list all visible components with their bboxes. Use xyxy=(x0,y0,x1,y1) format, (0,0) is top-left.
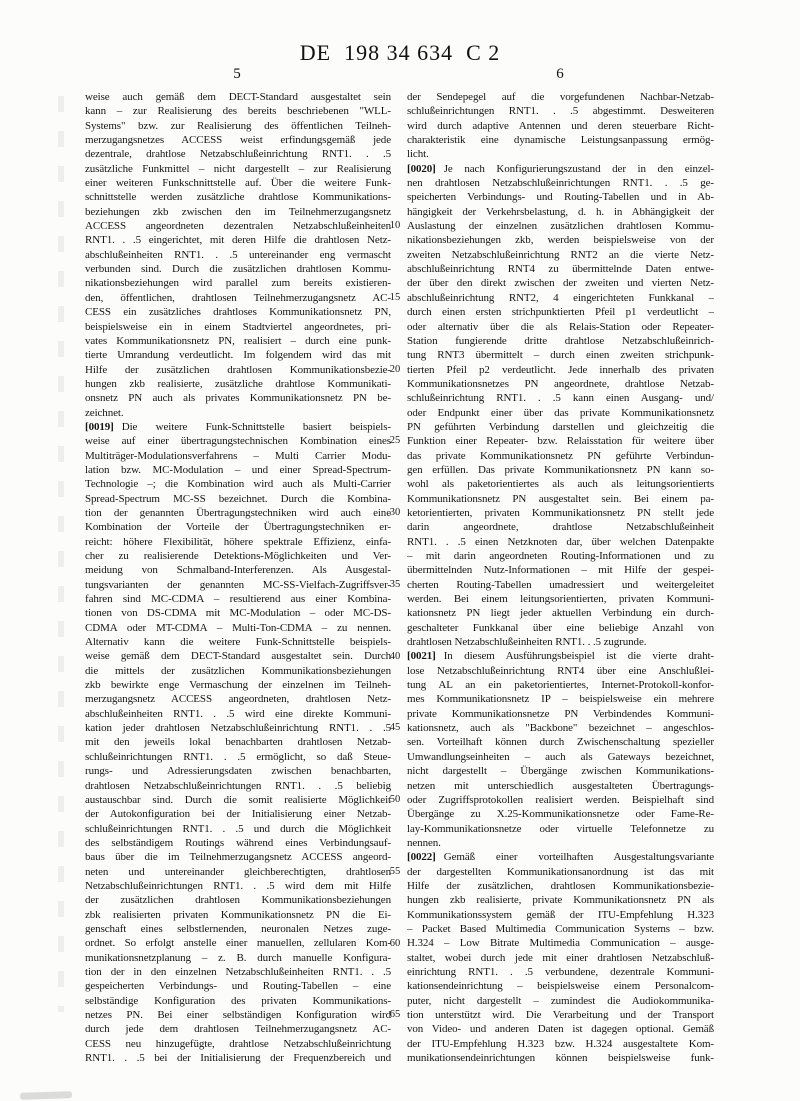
text-line: abschlußeinrichtung RNT4 zu übermittelnd… xyxy=(407,262,714,276)
text-line: Kommunikationsnetz PN ausgestaltet sein.… xyxy=(407,492,714,506)
text-line: RNT1. . .5 eingerichtet, mit deren Hilfe… xyxy=(85,233,391,247)
text-line: [0021]In diesem Ausführungsbeispiel ist … xyxy=(407,649,714,663)
text-line: nennen. xyxy=(407,836,714,850)
text-line: darin angeordnete, drahtlose Netzabschlu… xyxy=(407,520,714,534)
text-line: PN geführten Verbindung darstellen und g… xyxy=(407,420,714,434)
text-line: ketorientierten, privaten Kommunikations… xyxy=(407,506,714,520)
text-line: weise auch gemäß dem DECT-Standard ausge… xyxy=(85,90,391,104)
text-line: CESS neu hinzugefügte, drahtlose Netzabs… xyxy=(85,1037,391,1051)
text-line: CDMA oder MT-CDMA – Multi-Ton-CDMA – zu … xyxy=(85,621,391,635)
text-line: netzes PN. Bei einer selbständigen Konfi… xyxy=(85,1008,391,1022)
text-line: oder alternativ über die als Relais-Stat… xyxy=(407,320,714,334)
text-line: wird durch adaptive Antennen und deren s… xyxy=(407,119,714,133)
text-line: sen. Vorteilhaft können durch Zwischensc… xyxy=(407,735,714,749)
text-line: selbständige Konfiguration des privaten … xyxy=(85,994,391,1008)
text-line: tion unterstützt wird. Die Verarbeitung … xyxy=(407,1008,714,1022)
text-line: kann – zur Realisierung des bereits besc… xyxy=(85,104,391,118)
text-line: charakteristik eine dynamische Leistungs… xyxy=(407,133,714,147)
text-line: einrichtung RNT1. . .5 verbundene, dezen… xyxy=(407,965,714,979)
text-line: Übergänge zu X.25-Kommunikationsnetze od… xyxy=(407,807,714,821)
text-line: netzen mit unterschiedlich ausgestaltete… xyxy=(407,779,714,793)
text-line: ACCESS angeordneten dezentralen Netzabsc… xyxy=(85,219,391,233)
text-line: oder Endpunkt einer über das private Kom… xyxy=(407,406,714,420)
text-line: fahren sind MC-CDMA – resultierend aus e… xyxy=(85,592,391,606)
text-line: Technologie –; die Kombination wird auch… xyxy=(85,477,391,491)
paragraph-number: [0020] xyxy=(407,163,436,175)
text-line: kationsnetz, auch als "Backbone" bezeich… xyxy=(407,721,714,735)
text-line: abschlußeinrichtung RNT2, 4 eingerichtet… xyxy=(407,291,714,305)
line-number: 60 xyxy=(383,937,407,951)
text-line: von Video- und anderen Daten ist dagegen… xyxy=(407,1022,714,1036)
text-line: munikationsnetzplanung – z. B. durch man… xyxy=(85,951,391,965)
text-line: staltet, wobei durch jede mit einer drah… xyxy=(407,951,714,965)
text-line: der dargestellten Kommunikationsanordnun… xyxy=(407,865,714,879)
patent-number-heading: DE 198 34 634 C 2 xyxy=(0,40,800,66)
column-page-number-left: 5 xyxy=(217,66,257,83)
text-line: die mittels der zusätzlichen Kommunikati… xyxy=(85,664,391,678)
text-line: gen erfüllen. Das private Kommunikations… xyxy=(407,463,714,477)
text-line: durch einen ersten strichpunktierten Pfe… xyxy=(407,305,714,319)
text-line: lose Netzabschlußeinrichtung RNT4 über e… xyxy=(407,664,714,678)
text-line: neten und untereinander gleichberechtigt… xyxy=(85,865,391,879)
text-line: weise auf einer übertragungstechnischen … xyxy=(85,434,391,448)
text-line: übermittelnden Nutz-Informationen – mit … xyxy=(407,563,714,577)
text-line: schlußeinrichtungen RNT1. . .5 und durch… xyxy=(85,822,391,836)
scan-corner-smudge xyxy=(20,1091,72,1100)
text-line: nen drahtlosen Netzabschlußeinrichtungen… xyxy=(407,176,714,190)
text-line: Kommunikationssystem gemäß der ITU-Empfe… xyxy=(407,908,714,922)
text-line: H.324 – Low Bitrate Multimedia Communica… xyxy=(407,936,714,950)
text-line: austauschbar sind. Durch die somit reali… xyxy=(85,793,391,807)
text-line: RNT1. . .5 bei der Initialisierung der F… xyxy=(85,1051,391,1065)
text-line: nikationsbeziehungen wird parallel zum b… xyxy=(85,276,391,290)
text-line: beziehungen zkb zwischen den im Teilnehm… xyxy=(85,205,391,219)
line-number: 15 xyxy=(383,291,407,305)
text-line: gespeicherten Verbindungs- und Routing-T… xyxy=(85,979,391,993)
text-line: verbunden sind. Durch die zusätzlichen d… xyxy=(85,262,391,276)
text-line: oder Zugriffsprotokollen realisiert werd… xyxy=(407,793,714,807)
text-line: [0020]Je nach Konfigurierungszustand der… xyxy=(407,162,714,176)
text-line: der Sendepegel auf die vorgefundenen Nac… xyxy=(407,90,714,104)
text-line: nicht dargestellt – Übergänge zwischen K… xyxy=(407,764,714,778)
text-line: mes Kommunikationsnetz IP – beispielswei… xyxy=(407,692,714,706)
text-line: geschalteter Funkkanal über eine beliebi… xyxy=(407,621,714,635)
text-line: tung AL an ein paketorientiertes, Intern… xyxy=(407,678,714,692)
text-line: werden. Bei einem leitungsorientierten, … xyxy=(407,592,714,606)
column-page-number-right: 6 xyxy=(540,66,580,83)
text-line: zkb bewirkte enge Vermaschung der einzel… xyxy=(85,678,391,692)
text-line: tion der genannten Übertragungstechniken… xyxy=(85,506,391,520)
text-line: beispielsweise ein in einem Stadtviertel… xyxy=(85,320,391,334)
line-number: 40 xyxy=(383,650,407,664)
text-line: Umwandlungseinheiten – auch als Gateways… xyxy=(407,750,714,764)
text-line: der zusätzlichen drahtlosen Kommunikatio… xyxy=(85,893,391,907)
text-line: drahtlosen Netzabschlußeinrichtungen RNT… xyxy=(85,779,391,793)
text-line: weise gemäß dem DECT-Standard ausgestalt… xyxy=(85,649,391,663)
text-line: – Packet Based Multimedia Communication … xyxy=(407,922,714,936)
text-line: [0019]Die weitere Funk-Schnittstelle bas… xyxy=(85,420,391,434)
text-line: zbk realisierten privaten Kommunikations… xyxy=(85,908,391,922)
text-line: tionen von DS-CDMA mit MC-Modulation – o… xyxy=(85,606,391,620)
text-line: wohl als paketorientiertes als auch als … xyxy=(407,477,714,491)
text-line: kationsendeinrichtung – beispielsweise e… xyxy=(407,979,714,993)
line-number: 25 xyxy=(383,434,407,448)
text-line: drahtlosen Netzabschlußeinheiten RNT1. .… xyxy=(407,635,714,649)
text-line: merzugangsnetz ACCESS angeordneten, drah… xyxy=(85,692,391,706)
text-line: zweiten Netzabschlußeinrichtung RNT2 an … xyxy=(407,248,714,262)
text-line: cherten Routing-Tabellen umadressiert un… xyxy=(407,578,714,592)
text-line: Spread-Spectrum MC-SS bezeichnet. Durch … xyxy=(85,492,391,506)
text-line: Kombination der Vorteile der Übertragung… xyxy=(85,520,391,534)
text-line: – mit darin angeordneten Routing-Informa… xyxy=(407,549,714,563)
line-number: 35 xyxy=(383,578,407,592)
line-number: 65 xyxy=(383,1008,407,1022)
text-line: schlußeinrichtung RNT1. . .5 kann einen … xyxy=(407,391,714,405)
text-line: der Autokonfiguration bei der Initialisi… xyxy=(85,807,391,821)
text-line: puter, nicht dargestellt – zumindest die… xyxy=(407,994,714,1008)
text-line: CESS ein zusätzliches drahtloses Kommuni… xyxy=(85,305,391,319)
text-line: tierte Umrandung verdeutlicht. Im folgen… xyxy=(85,348,391,362)
text-line: dezentrale, drahtlose Netzabschlußeinric… xyxy=(85,147,391,161)
text-line: hängigkeit der Verkehrsbelastung, d. h. … xyxy=(407,205,714,219)
gutter-line-numbers: 101520253035404550556065 xyxy=(383,90,407,1070)
text-line: mit den jeweils lokal benachbarten draht… xyxy=(85,735,391,749)
line-number: 20 xyxy=(383,363,407,377)
text-line: rungs- und Adressierungsdaten zwischen b… xyxy=(85,764,391,778)
text-line: kation jeder drahtlosen Netzabschlußeinr… xyxy=(85,721,391,735)
text-line: licht. xyxy=(407,147,714,161)
text-line: des selbständigem Routings während eines… xyxy=(85,836,391,850)
text-line: zusätzliche Funkmittel – nicht dargestel… xyxy=(85,162,391,176)
text-line: Multiträger-Modulationsverfahrens – Mult… xyxy=(85,449,391,463)
text-line: durch jede dem drahtlosen Teilnehmerzuga… xyxy=(85,1022,391,1036)
text-line: hungen zkb realisierte, zusätzliche drah… xyxy=(85,377,391,391)
text-line: Hilfe der zusätzlichen drahtlosen Kommun… xyxy=(85,363,391,377)
text-line: hungen zkb realisierte, private Kommunik… xyxy=(407,893,714,907)
text-line: Funktion einer Repeater- bzw. Relaisstat… xyxy=(407,434,714,448)
text-line: schnittstelle werden zusätzliche drahtlo… xyxy=(85,190,391,204)
text-line: munikationsendeinrichtungen können beisp… xyxy=(407,1051,714,1065)
line-number: 30 xyxy=(383,506,407,520)
text-line: tierten Pfeil p2 verdeutlicht. Jede inne… xyxy=(407,363,714,377)
line-number: 45 xyxy=(383,721,407,735)
text-line: private Kommunikationsnetze PN Verbinden… xyxy=(407,707,714,721)
text-line: merzugangsnetzes ACCESS weist erfindungs… xyxy=(85,133,391,147)
text-line: lay-Kommunikationsnetze oder virtuelle T… xyxy=(407,822,714,836)
paragraph-number: [0019] xyxy=(85,421,114,433)
text-line: nikationsbeziehungen zkb, werden beispie… xyxy=(407,233,714,247)
text-line: speicherten Verbindungs- und Routing-Tab… xyxy=(407,190,714,204)
line-number: 50 xyxy=(383,793,407,807)
text-line: schlußeinrichtungen RNT1. . .5 abgestimm… xyxy=(407,104,714,118)
text-line: vates Kommunikationsnetz PN, realisiert … xyxy=(85,334,391,348)
text-line: zeichnet. xyxy=(85,406,391,420)
right-text-column: der Sendepegel auf die vorgefundenen Nac… xyxy=(407,90,714,1065)
line-number: 10 xyxy=(383,219,407,233)
text-line: der ITU-Empfehlung H.323 bzw. H.324 ausg… xyxy=(407,1037,714,1051)
text-line: reicht: höhere Flexibilität, höhere spek… xyxy=(85,535,391,549)
text-line: Station fungierende dritte drahtlose Net… xyxy=(407,334,714,348)
text-line: Alternativ kann die weitere Funk-Schnitt… xyxy=(85,635,391,649)
text-line: abschlußeinheiten RNT1. . .5 untereinand… xyxy=(85,248,391,262)
text-line: tungsvarianten der genannten MC-SS-Vielf… xyxy=(85,578,391,592)
paragraph-number: [0022] xyxy=(407,851,436,863)
line-number: 55 xyxy=(383,865,407,879)
text-line: der über den direkt zwischen der zweiten… xyxy=(407,276,714,290)
text-line: onsnetz PN auch als privates Kommunikati… xyxy=(85,391,391,405)
text-line: tung RNT3 übermittelt – durch einen zwei… xyxy=(407,348,714,362)
text-line: Kommunikationsnetzes PN angeordnete, dra… xyxy=(407,377,714,391)
text-line: Auslastung der einzelnen zusätzlichen dr… xyxy=(407,219,714,233)
text-line: den, öffentlichen, drahtlosen Teilnehmer… xyxy=(85,291,391,305)
text-line: schlußeinrichtungen RNT1. . .5 ermöglich… xyxy=(85,750,391,764)
text-line: Systems" bzw. zur Realisierung des öffen… xyxy=(85,119,391,133)
text-line: tion der in den einzelnen Netzabschlußei… xyxy=(85,965,391,979)
text-line: baus über die im Teilnehmerzugangsnetz A… xyxy=(85,850,391,864)
text-line: Hilfe der zusätzlichen, drahtlosen Kommu… xyxy=(407,879,714,893)
text-line: einer weiteren Funkschnittstelle auf. Üb… xyxy=(85,176,391,190)
text-line: lation bzw. MC-Modulation – und einer Sp… xyxy=(85,463,391,477)
text-line: Netzabschlußeinrichtungen RNT1. . .5 wir… xyxy=(85,879,391,893)
text-line: abschlußeinheiten RNT1. . .5 wird eine d… xyxy=(85,707,391,721)
text-line: meidung von Schmalband-Interferenzen. Al… xyxy=(85,563,391,577)
paragraph-number: [0021] xyxy=(407,650,436,662)
text-line: [0022]Gemäß einer vorteilhaften Ausgesta… xyxy=(407,850,714,864)
patent-page: DE 198 34 634 C 2 5 6 weise auch gemäß d… xyxy=(0,0,800,1101)
text-line: kationsnetz PN liegt jeder aktuellen Ver… xyxy=(407,606,714,620)
left-text-column: weise auch gemäß dem DECT-Standard ausge… xyxy=(85,90,391,1065)
text-line: cher zu realisierende Detektions-Möglich… xyxy=(85,549,391,563)
text-line: RNT1. . .5 einen Netzknoten dar, über we… xyxy=(407,535,714,549)
text-line: ordnet. So erfolgt anstelle einer manuel… xyxy=(85,936,391,950)
text-line: genschaft eines selbstlernenden, neurona… xyxy=(85,922,391,936)
scan-artifact-strip xyxy=(58,96,64,1012)
text-line: das private Kommunikationsnetz PN geführ… xyxy=(407,449,714,463)
